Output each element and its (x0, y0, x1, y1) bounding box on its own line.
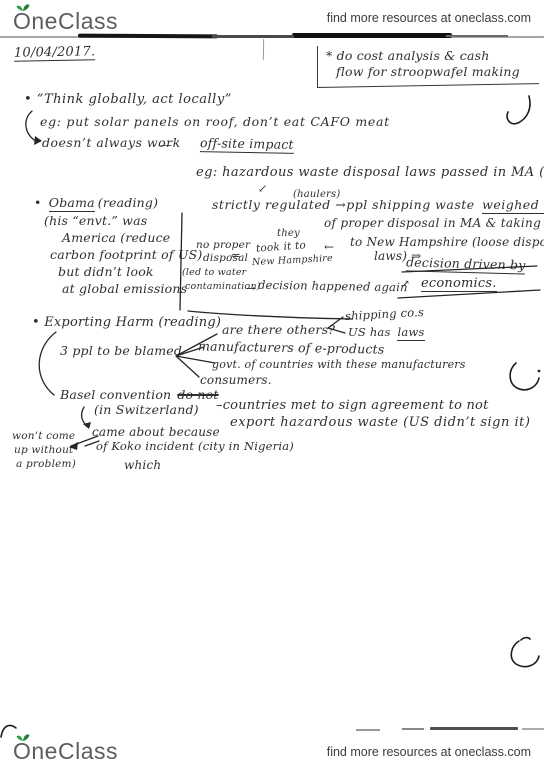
note-manufacturers: manufacturers of e-products (198, 340, 385, 356)
note-proper-disposal: of proper disposal in MA & taking it (324, 217, 544, 229)
note-came-about: came about because (92, 426, 220, 438)
note-koko: of Koko incident (city in Nigeria) (96, 441, 294, 453)
note-countries1: –countries met to sign agreement to not (216, 399, 489, 412)
scan-tick (263, 39, 265, 60)
note-to-new-hampshire: to New Hampshire (loose disposal (350, 236, 544, 248)
scan-curl-bottom (511, 641, 539, 667)
scan-curl-top (507, 96, 530, 124)
note-obama-l2: (his “envt.” was (44, 215, 147, 228)
sidebox-left-border (317, 46, 318, 88)
note-economics: economics. (421, 277, 497, 292)
came-about-arrowhead (83, 422, 91, 429)
note-obama-l3: America (reduce (62, 232, 170, 245)
eg-curve-arrow (26, 111, 34, 140)
scan-line-top-light (446, 35, 508, 37)
note-new-hampshire-small: New Hampshire (252, 254, 333, 268)
note-disposal: disposal (203, 253, 248, 264)
note-exporting-title: • Exporting Harm (reading) (32, 316, 221, 329)
note-which: which (124, 459, 161, 471)
note-margin1: won’t come (12, 431, 75, 442)
note-obama-l6: at global emissions (62, 283, 187, 296)
oneclass-footer-logo[interactable]: OneClass (13, 738, 118, 765)
note-hazardous-eg: eg: hazardous waste disposal laws passed… (196, 166, 544, 179)
arrow-downleft: ↙ (258, 183, 267, 194)
note-offsite: off-site impact (200, 137, 294, 153)
note-blamed: 3 ppl to be blamed (60, 345, 182, 358)
scan-curl-mid (510, 363, 539, 390)
logo-leaf-icon (16, 2, 30, 11)
note-shipping-cos: shipping co.s (345, 307, 425, 323)
scan-curl-mid-dot (538, 370, 541, 373)
note-obama-title: • Obama(reading) (34, 197, 158, 212)
scan-curl-bottom-tick (521, 638, 530, 640)
note-switzerland: (in Switzerland) (94, 404, 199, 417)
note-led-water: (led to water (182, 268, 246, 278)
note-decision-happened: decision happened again (258, 280, 408, 294)
arrow-left: ← (324, 241, 334, 253)
oneclass-logo[interactable]: OneClass (13, 8, 118, 35)
header-resources-link[interactable]: find more resources at oneclass.com (327, 11, 531, 25)
note-strictly: strictly regulated →ppl shipping waste w… (212, 199, 544, 214)
scan-curl-footer-left (1, 725, 16, 737)
scan-line-top-dark1 (78, 33, 218, 38)
scan-line-top-mid (212, 35, 294, 38)
eg-arrowhead (34, 136, 42, 145)
basel-brace-curve (39, 332, 56, 395)
sidebox-line1: * do cost analysis & cash (326, 50, 490, 63)
note-consumers: consumers. (200, 374, 272, 386)
note-quote-eg: eg: put solar panels on roof, don’t eat … (40, 116, 390, 129)
footer-resources-link[interactable]: find more resources at oneclass.com (327, 745, 531, 759)
arrow-dbl-left: ⇐ (231, 250, 240, 261)
note-dash: — (160, 139, 172, 151)
footer-logo-leaf-icon (16, 732, 30, 741)
note-margin2: up without (14, 445, 73, 456)
scan-line-bottom-dash2 (402, 728, 424, 730)
scan-line-bottom-end (522, 728, 544, 730)
note-obama-l5: but didn’t look (58, 266, 154, 279)
note-others: are there others? (222, 324, 335, 337)
note-decision-driven: decision driven by (406, 256, 526, 274)
note-obama-l4: carbon footprint of US) (50, 249, 202, 262)
sidebox-line2: flow for stroopwafel making (336, 66, 520, 79)
scan-line-top-end (515, 37, 541, 39)
scan-line-top-dark2 (292, 33, 452, 38)
note-took-it: took it to (256, 240, 307, 254)
note-countries2: export hazardous waste (US didn’t sign i… (230, 416, 530, 429)
note-margin3: a problem) (16, 459, 76, 470)
note-date: 10/04/2017. (14, 45, 96, 61)
note-no-proper: no proper (196, 240, 250, 251)
note-basel-title: Basel conventiondo not (60, 389, 219, 402)
sidebox-bottom-border (317, 83, 539, 88)
scanned-notes-page: OneClass find more resources at oneclass… (0, 0, 544, 770)
note-us-has-laws: US has laws (348, 327, 425, 341)
arrow-right: → (246, 283, 255, 294)
scan-line-bottom-dash1 (356, 729, 380, 731)
scan-line-bottom-dark (430, 727, 518, 730)
came-about-arrow (82, 407, 88, 427)
note-quote: • “Think globally, act locally” (24, 93, 232, 106)
note-they: they (277, 229, 300, 239)
note-govt: govt. of countries with these manufactur… (212, 359, 466, 370)
